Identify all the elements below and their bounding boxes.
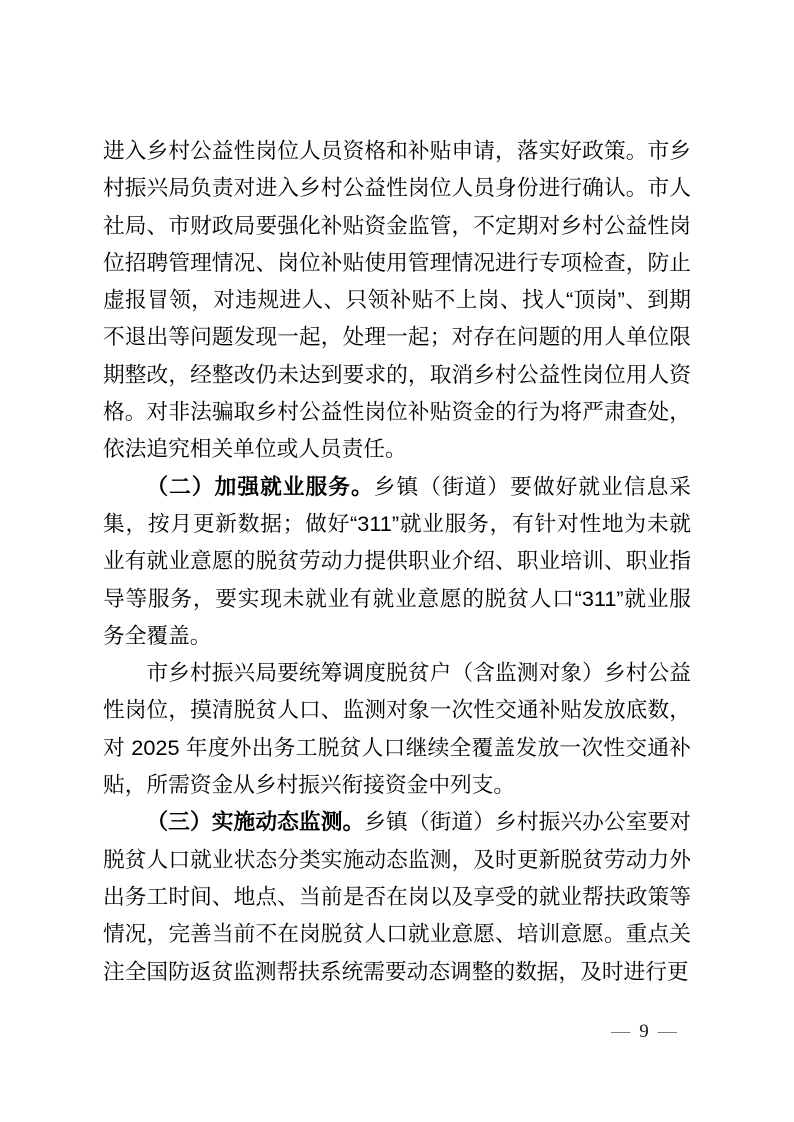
paragraph-section-2: （二）加强就业服务。乡镇（街道）要做好就业信息采集，按月更新数据；做好“311”… [103, 468, 691, 654]
paragraph-text: 乡镇（街道）乡村振兴办公室要对脱贫人口就业状态分类实施动态监测，及时更新脱贫劳动… [103, 809, 691, 983]
paragraph-section-3: （三）实施动态监测。乡镇（街道）乡村振兴办公室要对脱贫人口就业状态分类实施动态监… [103, 803, 691, 989]
page-number-value: 9 [639, 1020, 649, 1044]
paragraph-text: 进入乡村公益性岗位人员资格和补贴申请，落实好政策。市乡村振兴局负责对进入乡村公益… [103, 138, 691, 461]
paragraph-continuation: 进入乡村公益性岗位人员资格和补贴申请，落实好政策。市乡村振兴局负责对进入乡村公益… [103, 132, 691, 468]
paragraph-body: 市乡村振兴局要统筹调度脱贫户（含监测对象）乡村公益性岗位，摸清脱贫人口、监测对象… [103, 654, 691, 803]
paragraph-text: 乡镇（街道）要做好就业信息采集，按月更新数据；做好“311”就业服务，有针对性地… [103, 474, 691, 648]
page-number-dash-left: — [611, 1020, 630, 1044]
page-number-dash-right: — [658, 1020, 677, 1044]
document-page: 进入乡村公益性岗位人员资格和补贴申请，落实好政策。市乡村振兴局负责对进入乡村公益… [0, 0, 794, 1122]
section-heading-bold: （三）实施动态监测。 [146, 809, 364, 834]
document-body: 进入乡村公益性岗位人员资格和补贴申请，落实好政策。市乡村振兴局负责对进入乡村公益… [103, 132, 691, 990]
section-heading-bold: （二）加强就业服务。 [146, 474, 373, 499]
page-number: — 9 — [604, 1020, 684, 1044]
paragraph-text: 市乡村振兴局要统筹调度脱贫户（含监测对象）乡村公益性岗位，摸清脱贫人口、监测对象… [103, 660, 691, 797]
